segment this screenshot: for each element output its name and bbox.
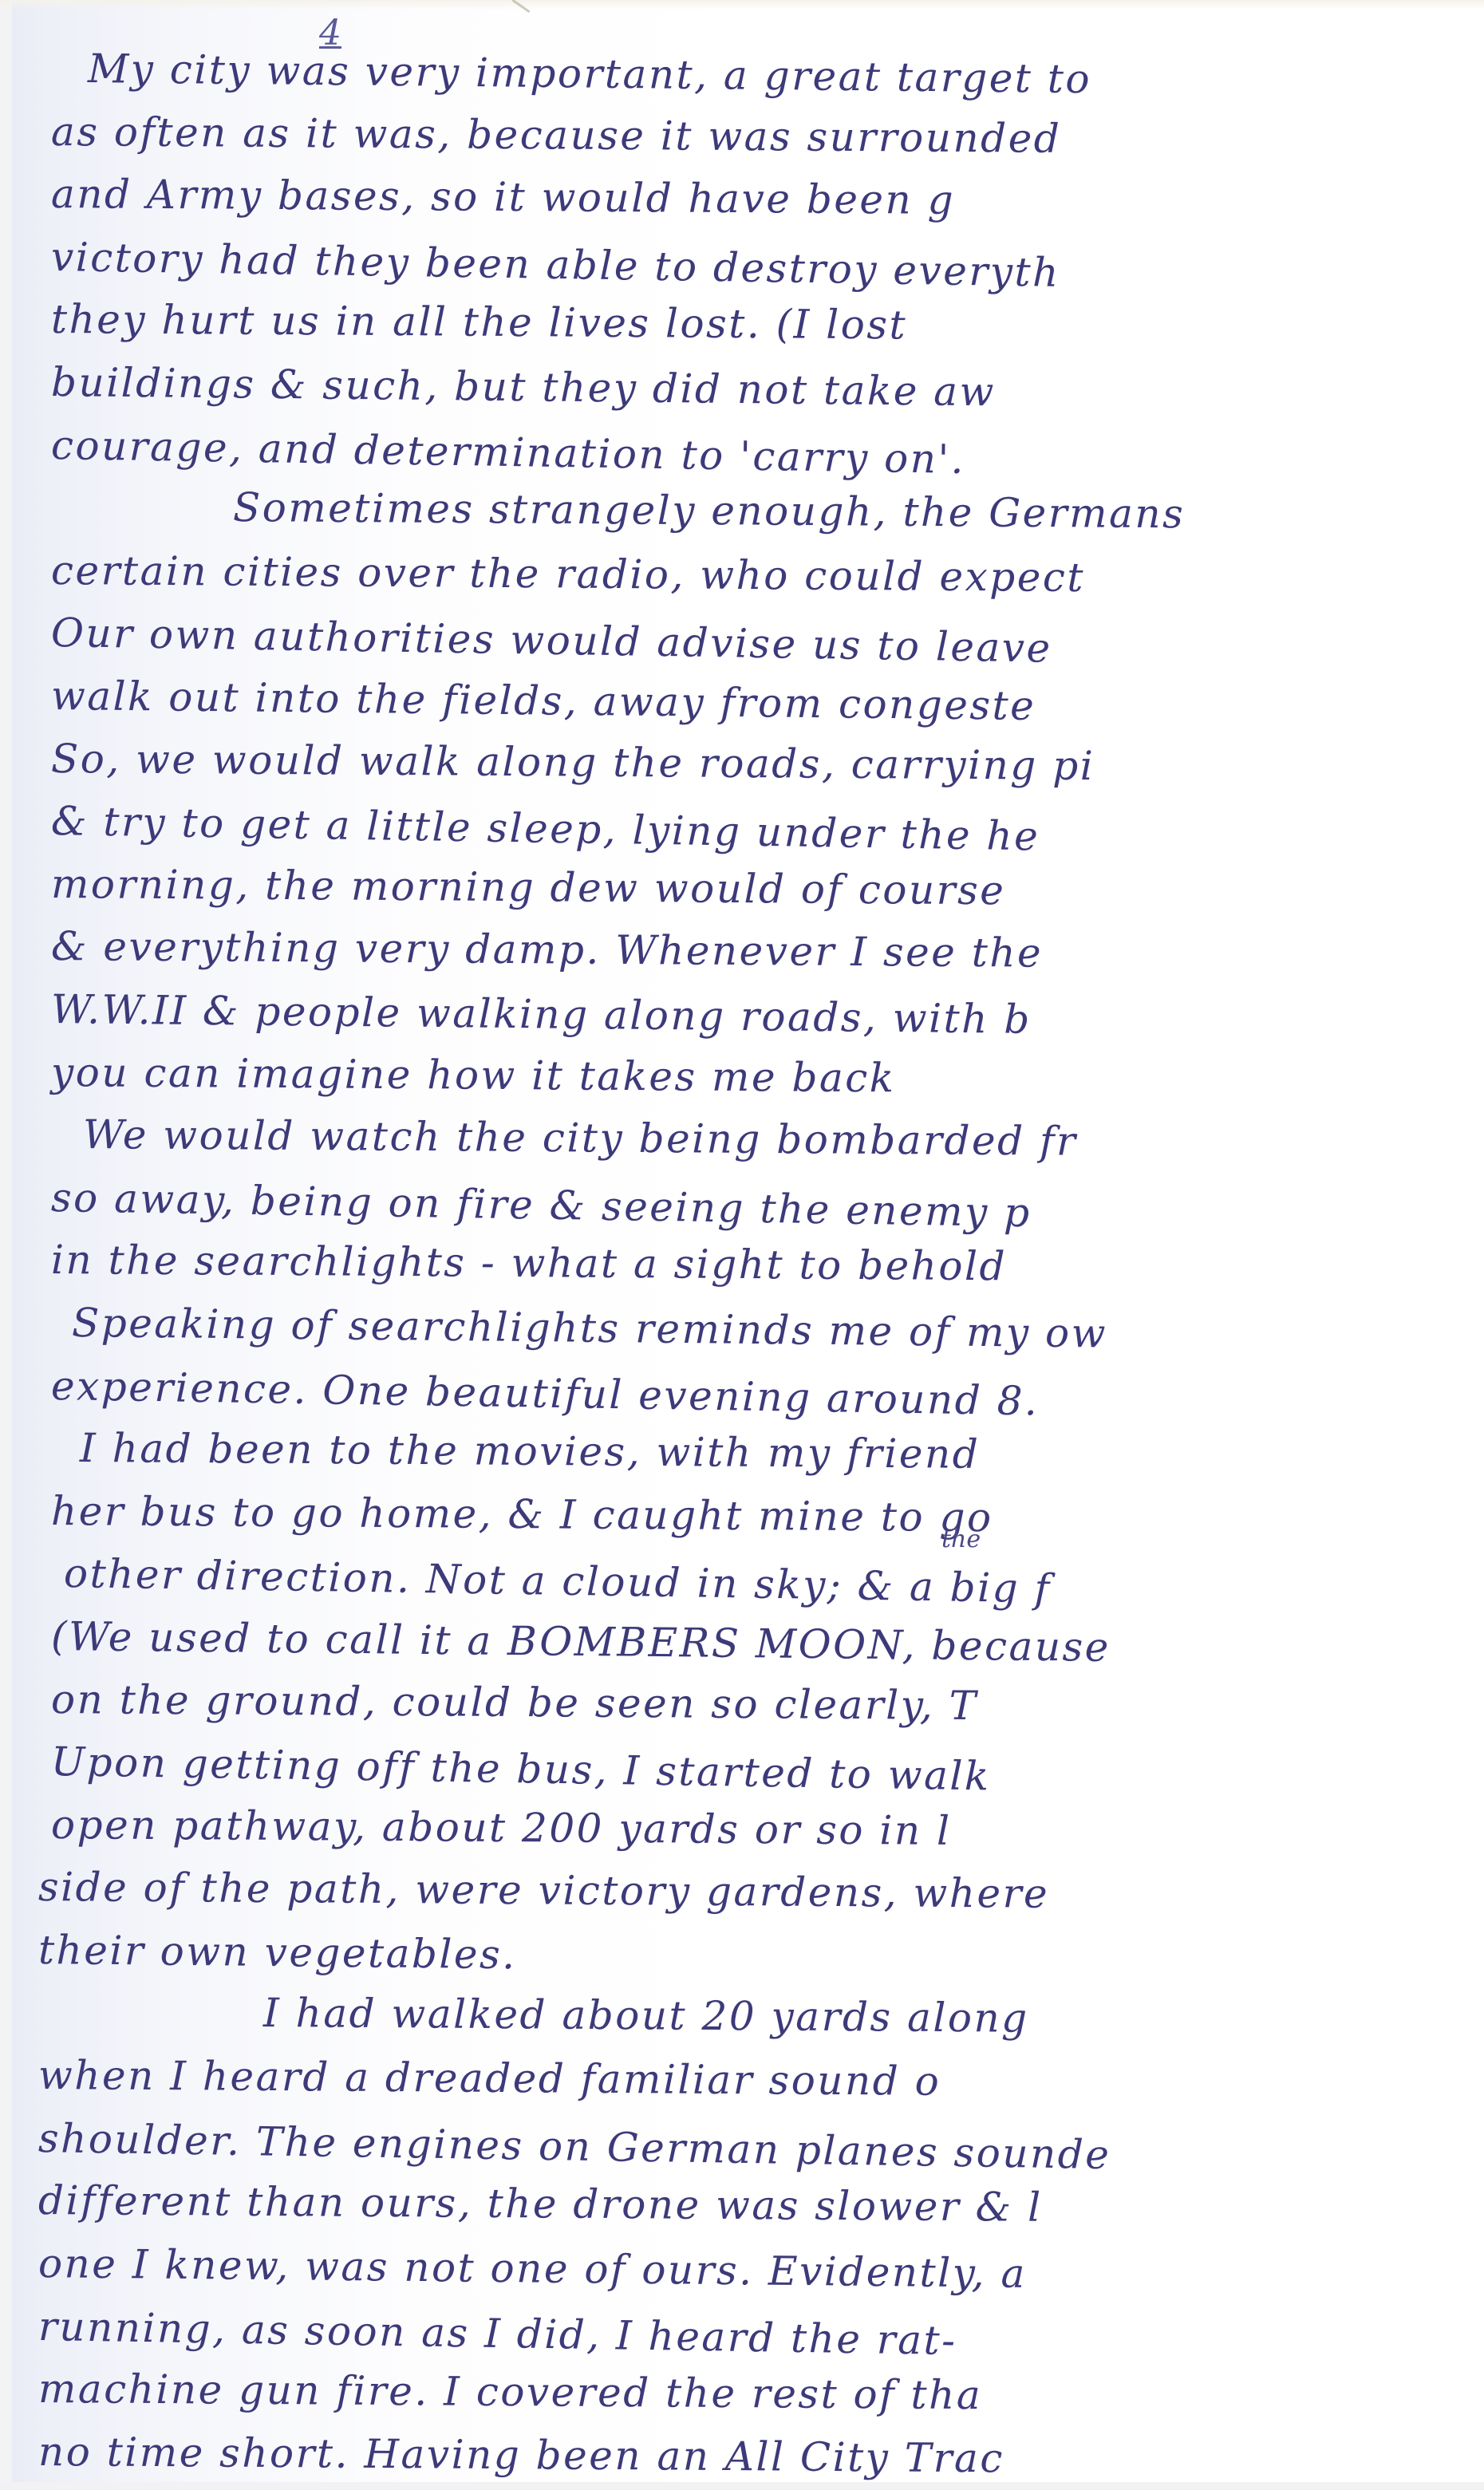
handwritten-line: (We used to call it a BOMBERS MOON, beca… bbox=[51, 1612, 1111, 1671]
handwritten-line: other direction. Not a cloud in sky; & a… bbox=[64, 1549, 1052, 1612]
handwritten-line: so away, being on fire & seeing the enem… bbox=[51, 1174, 1032, 1237]
handwritten-line: on the ground, could be seen so clearly,… bbox=[51, 1675, 978, 1730]
handwritten-line: experience. One beautiful evening around… bbox=[51, 1362, 1040, 1425]
handwritten-line: I had been to the movies, with my friend bbox=[80, 1424, 981, 1478]
handwritten-line: W.W.II & people walking along roads, wit… bbox=[51, 985, 1032, 1044]
handwritten-line: their own vegetables. bbox=[38, 1926, 517, 1979]
handwritten-line: I had walked about 20 yards along bbox=[263, 1989, 1029, 2042]
handwritten-line: courage, and determination to 'carry on'… bbox=[51, 421, 966, 483]
handwritten-line: one I knew, was not one of ours. Evident… bbox=[38, 2239, 1027, 2298]
document-page: 4 My city was very important, a great ta… bbox=[0, 0, 1484, 2490]
handwritten-line: morning, the morning dew would of course bbox=[51, 860, 1006, 914]
handwritten-line: you can imagine how it takes me back bbox=[51, 1048, 896, 1102]
handwritten-line: and Army bases, so it would have been g bbox=[51, 170, 956, 224]
caret-insert-text: the bbox=[941, 1525, 981, 1553]
handwritten-line: Upon getting off the bus, I started to w… bbox=[51, 1738, 992, 1800]
handwritten-line: her bus to go home, & I caught mine to g… bbox=[51, 1487, 993, 1541]
handwritten-text-body: My city was very important, a great targ… bbox=[0, 0, 1484, 2490]
handwritten-line: Sometimes strangely enough, the Germans bbox=[233, 483, 1186, 538]
handwritten-line: & everything very damp. Whenever I see t… bbox=[51, 922, 1044, 977]
handwritten-line: open pathway, about 200 yards or so in l bbox=[51, 1801, 952, 1855]
handwritten-line: walk out into the fields, away from cong… bbox=[51, 672, 1036, 730]
handwritten-line: as often as it was, because it was surro… bbox=[51, 108, 1062, 163]
handwritten-line: We would watch the city being bombarded … bbox=[83, 1111, 1078, 1166]
handwritten-line: in the searchlights - what a sight to be… bbox=[51, 1236, 1007, 1290]
handwritten-line: side of the path, were victory gardens, … bbox=[38, 1863, 1050, 1918]
handwritten-line: My city was very important, a great targ… bbox=[88, 45, 1092, 103]
handwritten-line: So, we would walk along the roads, carry… bbox=[51, 735, 1095, 790]
handwritten-line: certain cities over the radio, who could… bbox=[51, 547, 1085, 602]
handwritten-line: different than ours, the drone was slowe… bbox=[38, 2176, 1043, 2232]
handwritten-line: machine gun fire. I covered the rest of … bbox=[38, 2365, 983, 2419]
handwritten-line: they hurt us in all the lives lost. (I l… bbox=[51, 295, 908, 349]
handwritten-line: Speaking of searchlights reminds me of m… bbox=[72, 1299, 1108, 1358]
handwritten-line: victory had they been able to destroy ev… bbox=[51, 233, 1061, 297]
handwritten-line: Our own authorities would advise us to l… bbox=[51, 609, 1053, 673]
handwritten-line: shoulder. The engines on German planes s… bbox=[38, 2114, 1111, 2179]
handwritten-line: running, as soon as I did, I heard the r… bbox=[38, 2303, 957, 2365]
handwritten-line: buildings & such, but they did not take … bbox=[51, 358, 996, 416]
handwritten-line: & try to get a little sleep, lying under… bbox=[51, 797, 1040, 860]
handwritten-line: when I heard a dreaded familiar sound o bbox=[38, 2051, 941, 2105]
scan-bottom-edge bbox=[0, 2482, 1484, 2490]
handwritten-line: no time short. Having been an All City T… bbox=[38, 2428, 1004, 2482]
